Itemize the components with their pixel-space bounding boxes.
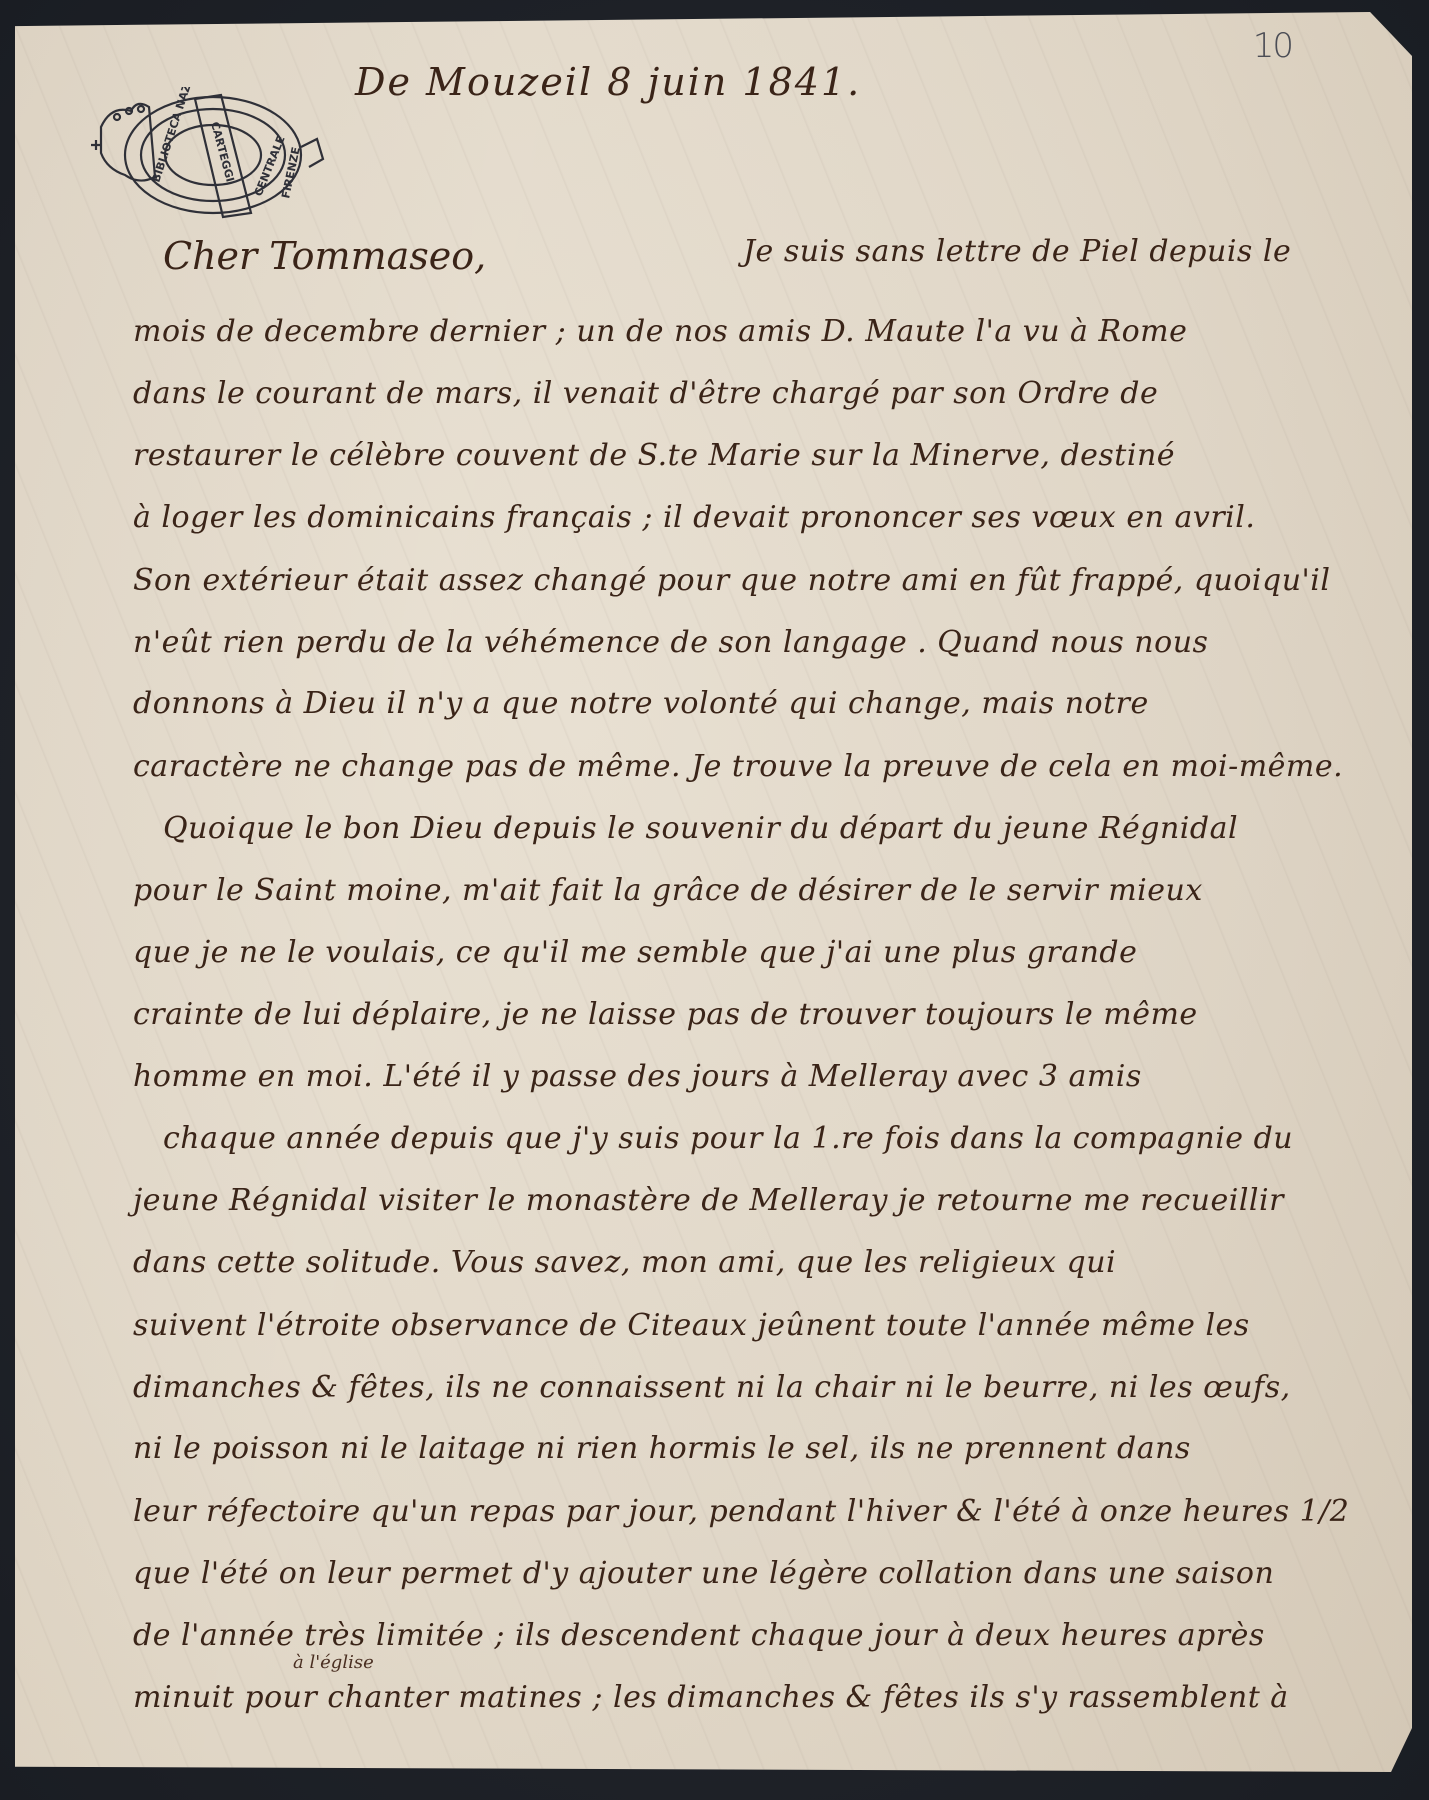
letter-line: à loger les dominicains français ; il de… — [133, 500, 1255, 535]
letter-line: donnons à Dieu il n'y a que notre volont… — [133, 686, 1149, 721]
stamp-text-firenze: FIRENZE — [279, 146, 303, 200]
letter-line: pour le Saint moine, m'ait fait la grâce… — [133, 873, 1203, 908]
stamp-text-biblioteca: BIBLIOTECA NAZIONALE — [149, 87, 207, 184]
letter-line: minuit pour chanter matines ; les dimanc… — [133, 1680, 1289, 1715]
letter-line: n'eût rien perdu de la véhémence de son … — [133, 625, 1208, 660]
letter-line: leur réfectoire qu'un repas par jour, pe… — [133, 1494, 1349, 1529]
interlinear-note: à l'église — [293, 1652, 374, 1673]
letter-line: mois de decembre dernier ; un de nos ami… — [133, 314, 1187, 349]
letter-salutation: Cher Tommaseo, — [163, 234, 486, 278]
scan-background: 10 BIBLIOTECA NAZI — [0, 0, 1429, 1800]
letter-dateline: De Mouzeil 8 juin 1841. — [355, 60, 861, 104]
letter-line: dans cette solitude. Vous savez, mon ami… — [133, 1245, 1116, 1280]
library-stamp-icon: BIBLIOTECA NAZIONALE CARTEGGI CENTRALE F… — [83, 87, 333, 222]
letter-line: jeune Régnidal visiter le monastère de M… — [133, 1183, 1284, 1218]
letter-line: que l'été on leur permet d'y ajouter une… — [133, 1556, 1274, 1591]
folio-number: 10 — [1253, 26, 1292, 66]
letter-line: restaurer le célèbre couvent de S.te Mar… — [133, 438, 1175, 473]
letter-line: ni le poisson ni le laitage ni rien horm… — [133, 1431, 1191, 1466]
letter-line: homme en moi. L'été il y passe des jours… — [133, 1059, 1142, 1094]
letter-line: Son extérieur était assez changé pour qu… — [133, 563, 1330, 598]
letter-line: caractère ne change pas de même. Je trou… — [133, 749, 1343, 784]
letter-line: Quoique le bon Dieu depuis le souvenir d… — [163, 811, 1238, 846]
letter-line: suivent l'étroite observance de Citeaux … — [133, 1308, 1250, 1343]
letter-line: de l'année très limitée ; ils descendent… — [133, 1618, 1265, 1653]
letter-line: dans le courant de mars, il venait d'êtr… — [133, 376, 1158, 411]
letter-line: que je ne le voulais, ce qu'il me semble… — [133, 935, 1137, 970]
letter-line: Je suis sans lettre de Piel depuis le — [743, 234, 1291, 269]
letter-line: crainte de lui déplaire, je ne laisse pa… — [133, 997, 1198, 1032]
letter-page: 10 BIBLIOTECA NAZI — [15, 12, 1412, 1772]
letter-line: dimanches & fêtes, ils ne connaissent ni… — [133, 1370, 1291, 1405]
letter-line: chaque année depuis que j'y suis pour la… — [163, 1121, 1293, 1156]
